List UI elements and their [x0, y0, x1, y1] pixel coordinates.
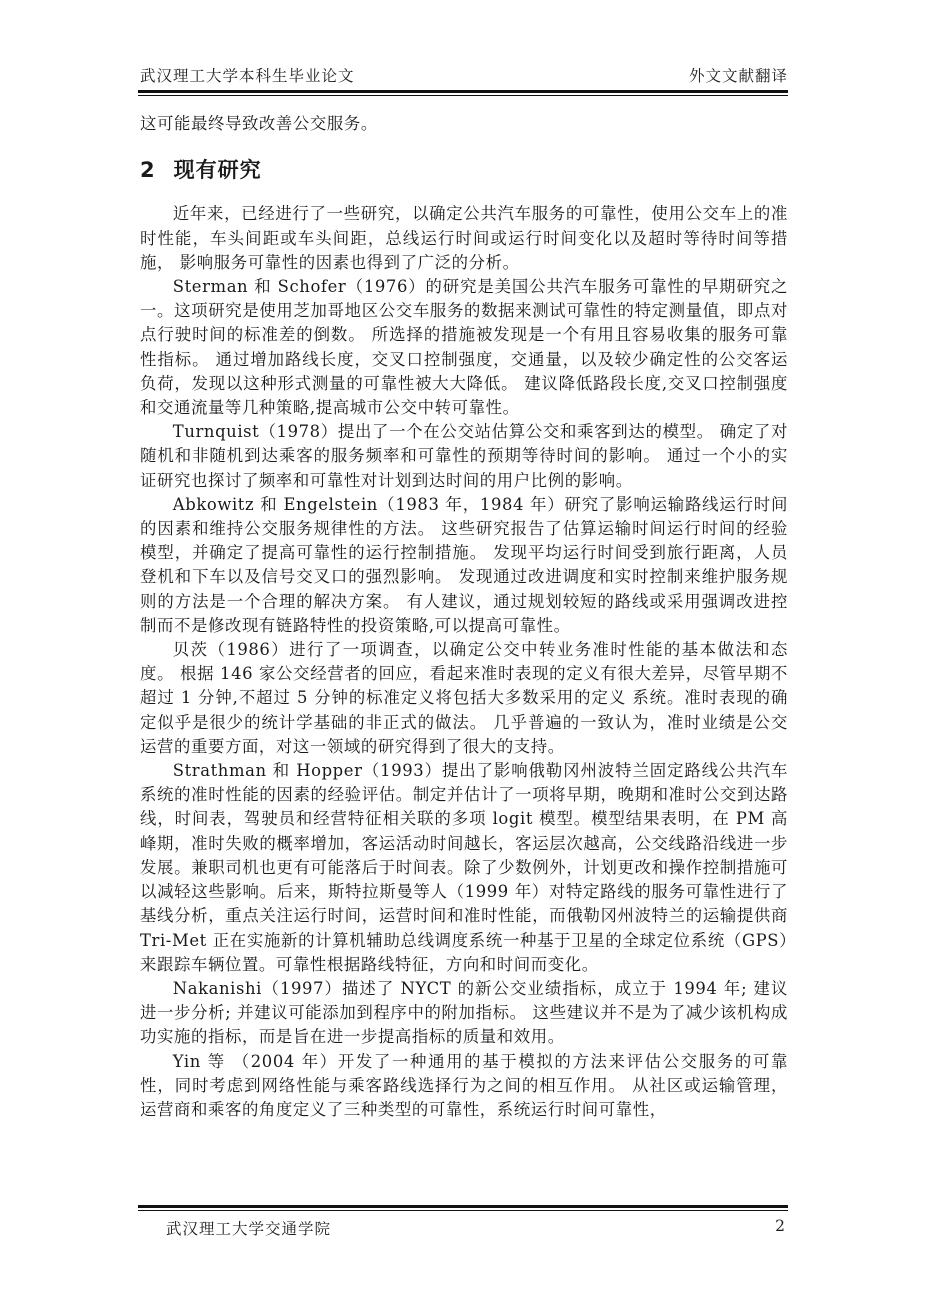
- page-number: 2: [775, 1217, 786, 1235]
- paragraph-bates: 贝茨（1986）进行了一项调查，以确定公交中转业务准时性能的基本做法和态度。 根…: [140, 638, 788, 759]
- footer-rule-thin: [138, 1210, 788, 1211]
- paragraph-strathman-hopper: Strathman 和 Hopper（1993）提出了影响俄勒冈州波特兰固定路线…: [140, 759, 788, 977]
- section-heading: 2现有研究: [140, 158, 788, 182]
- header-section-label: 外文文献翻译: [689, 64, 788, 86]
- paragraph-abkowitz-engelstein: Abkowitz 和 Engelstein（1983 年，1984 年）研究了影…: [140, 493, 788, 638]
- lead-paragraph: 这可能最终导致改善公交服务。: [140, 112, 788, 136]
- header-rule-thin: [138, 95, 788, 96]
- paragraph-turnquist: Turnquist（1978）提出了一个在公交站估算公交和乘客到达的模型。 确定…: [140, 420, 788, 493]
- footer-rule-thick: [138, 1205, 788, 1208]
- paragraph-sterman-schofer: Sterman 和 Schofer（1976）的研究是美国公共汽车服务可靠性的早…: [140, 275, 788, 420]
- paragraph-yin: Yin 等 （2004 年）开发了一种通用的基于模拟的方法来评估公交服务的可靠性…: [140, 1050, 788, 1123]
- page-body: 这可能最终导致改善公交服务。 2现有研究 近年来，已经进行了一些研究，以确定公共…: [140, 112, 788, 1122]
- page-footer: 武汉理工大学交通学院 2: [138, 1217, 788, 1241]
- header-thesis-title: 武汉理工大学本科生毕业论文: [140, 64, 355, 86]
- paragraph-nakanishi: Nakanishi（1997）描述了 NYCT 的新公交业绩指标，成立于 199…: [140, 977, 788, 1050]
- section-number: 2: [140, 158, 156, 182]
- paragraph-intro: 近年来，已经进行了一些研究，以确定公共汽车服务的可靠性，使用公交车上的准时性能，…: [140, 202, 788, 275]
- section-title: 现有研究: [174, 158, 262, 182]
- header-rule-thick: [138, 90, 788, 93]
- footer-school-name: 武汉理工大学交通学院: [166, 1217, 331, 1239]
- page-header: 武汉理工大学本科生毕业论文 外文文献翻译: [138, 62, 788, 86]
